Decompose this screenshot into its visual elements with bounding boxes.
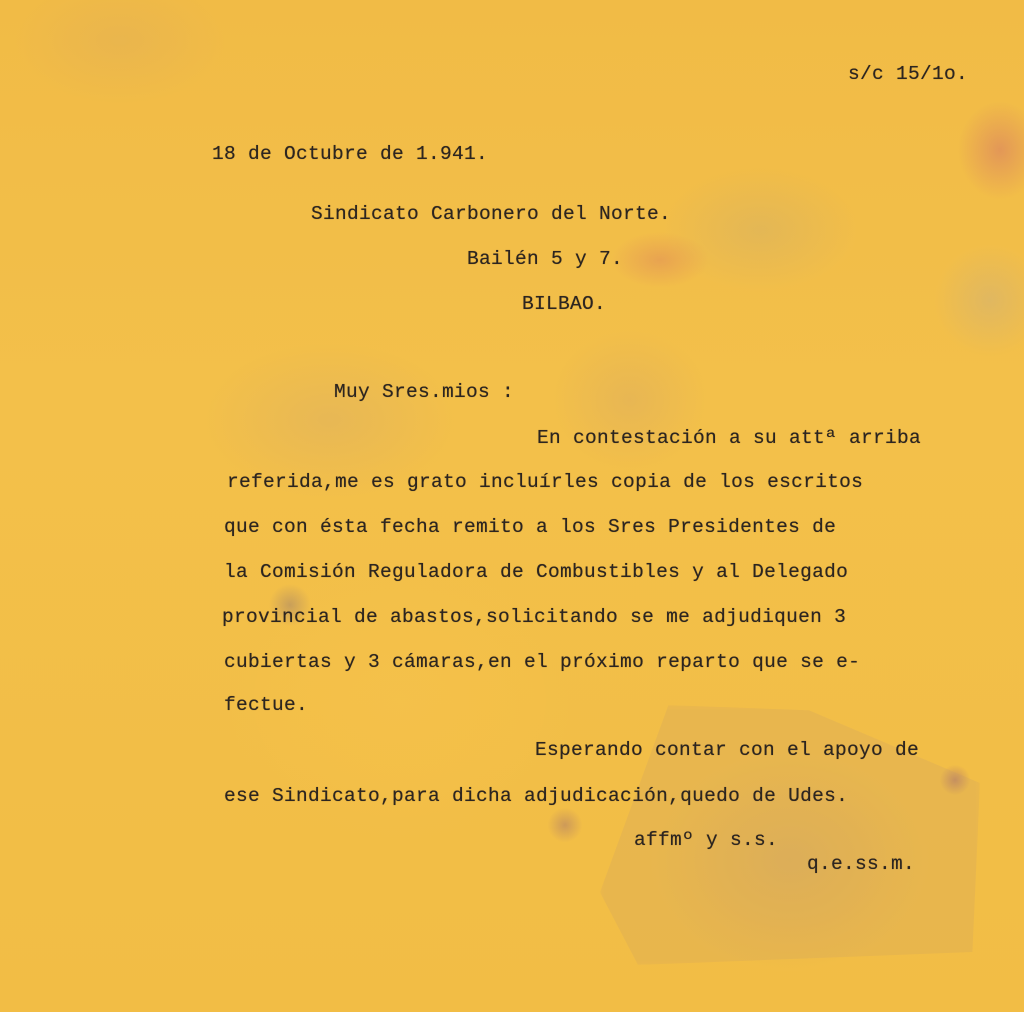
salutation: Muy Sres.mios : [334, 381, 514, 403]
body-line: cubiertas y 3 cámaras,en el próximo repa… [224, 651, 860, 673]
letter-date: 18 de Octubre de 1.941. [212, 143, 488, 165]
reference-line: s/c 15/1o. [848, 63, 968, 85]
closing-line: ese Sindicato,para dicha adjudicación,qu… [224, 785, 848, 807]
recipient-name: Sindicato Carbonero del Norte. [311, 203, 671, 225]
body-line: En contestación a su attª arriba [537, 427, 921, 449]
closing-line: Esperando contar con el apoyo de [535, 739, 919, 761]
body-line: referida,me es grato incluírles copia de… [227, 471, 863, 493]
body-line: que con ésta fecha remito a los Sres Pre… [224, 516, 836, 538]
recipient-address: Bailén 5 y 7. [467, 248, 623, 270]
recipient-city: BILBAO. [522, 293, 606, 315]
body-line: provincial de abastos,solicitando se me … [222, 606, 846, 628]
body-line: la Comisión Reguladora de Combustibles y… [224, 561, 848, 583]
signoff-line: affmº y s.s. [634, 829, 778, 851]
body-line: fectue. [224, 694, 308, 716]
letter-page: s/c 15/1o. 18 de Octubre de 1.941. Sindi… [0, 0, 1024, 1012]
signoff-line: q.e.ss.m. [807, 853, 915, 875]
